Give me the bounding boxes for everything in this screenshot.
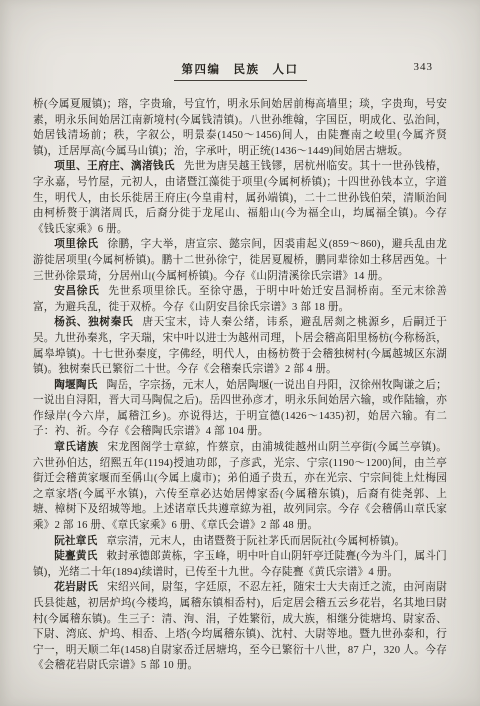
paragraph-text: 桥(今属夏履镇)；瑢，字贵瑜，号宜竹，明永乐间始居前梅高墙里；琰，字贵珣，号安素… (33, 99, 447, 157)
clan-name: 项里、王府庄、漓渚钱氏 (54, 161, 175, 172)
genealogy-paragraph: 阮社章氏章宗清，元末人，由诸暨赘于阮社茅氏而居阮社(今属柯桥镇)。 (33, 534, 447, 550)
clan-name: 陶堰陶氏 (54, 380, 97, 391)
paragraph-text: 宋绍兴间，尉玺，字廷原，不忍左衽，随宋士大夫南迁之流，由河南尉氏县徙越，初居炉坞… (33, 582, 447, 671)
genealogy-paragraph: 章氏诸族宋龙图阁学士章綡，忤蔡京，由浦城徙越州山阴兰亭街(今属兰亭镇)。六世孙伯… (33, 440, 447, 534)
clan-name: 阮社章氏 (54, 536, 97, 547)
genealogy-paragraph: 花岩尉氏宋绍兴间，尉玺，字廷原，不忍左衽，随宋士大夫南迁之流，由河南尉氏县徙越，… (33, 580, 447, 674)
clan-name: 陡亹黄氏 (54, 551, 97, 562)
section-title: 第四编 民族 人口 (174, 61, 307, 81)
clan-name: 章氏诸族 (54, 442, 98, 453)
body-text: 桥(今属夏履镇)；瑢，字贵瑜，号宜竹，明永乐间始居前梅高墙里；琰，字贵珣，号安素… (33, 97, 447, 674)
genealogy-paragraph: 项里、王府庄、漓渚钱氏先世为唐吴越王钱镠，居杭州临安。其十一世孙钱椿，字永嘉，号… (33, 159, 447, 237)
page-content: 第四编 民族 人口 343 桥(今属夏履镇)；瑢，字贵瑜，号宜竹，明永乐间始居前… (33, 60, 447, 674)
genealogy-paragraph: 安昌徐氏先世系项里徐氏。至徐守愚，于明中叶始迁安昌洞桥南。至元末徐善富，为避兵乱… (33, 284, 447, 315)
page-number: 343 (414, 61, 434, 73)
paragraph-text: 先世为唐吴越王钱镠，居杭州临安。其十一世孙钱椿，字永嘉，号竹屋，元初人，由诸暨江… (33, 161, 447, 234)
genealogy-paragraph: 陡亹黄氏敕封承德郎黄栋，字玉峰，明中叶自山阴轩亭迁陡亹(今为斗门，属斗门镇)，光… (33, 549, 447, 580)
clan-name: 杨浜、独树秦氏 (54, 317, 133, 328)
clan-name: 花岩尉氏 (54, 582, 98, 593)
genealogy-paragraph: 陶堰陶氏陶岳，字宗扬，元末人，始居陶堰(一说出自丹阳，汉徐州牧陶谦之后；一说出自… (33, 378, 447, 440)
book-page-scan: 第四编 民族 人口 343 桥(今属夏履镇)；瑢，字贵瑜，号宜竹，明永乐间始居前… (0, 0, 480, 706)
genealogy-paragraph: 桥(今属夏履镇)；瑢，字贵瑜，号宜竹，明永乐间始居前梅高墙里；琰，字贵珣，号安素… (33, 97, 447, 159)
paragraph-text: 章宗清，元末人，由诸暨赘于阮社茅氏而居阮社(今属柯桥镇)。 (106, 536, 405, 547)
genealogy-paragraph: 杨浜、独树秦氏唐天宝末，诗人秦公绪，讳系，避乱居剡之桃源乡，后嗣迁于吴。九世孙秦… (33, 315, 447, 377)
clan-name: 安昌徐氏 (54, 286, 99, 297)
genealogy-paragraph: 项里徐氏徐鹏，字大举，唐宣宗、懿宗间，因裘甫起义(859～860)，避兵乱由龙游… (33, 237, 447, 284)
paragraph-text: 宋龙图阁学士章綡，忤蔡京，由浦城徙越州山阴兰亭街(今属兰亭镇)。六世孙伯达，绍熙… (33, 442, 447, 531)
clan-name: 项里徐氏 (54, 239, 98, 250)
running-header: 第四编 民族 人口 343 (33, 60, 447, 84)
